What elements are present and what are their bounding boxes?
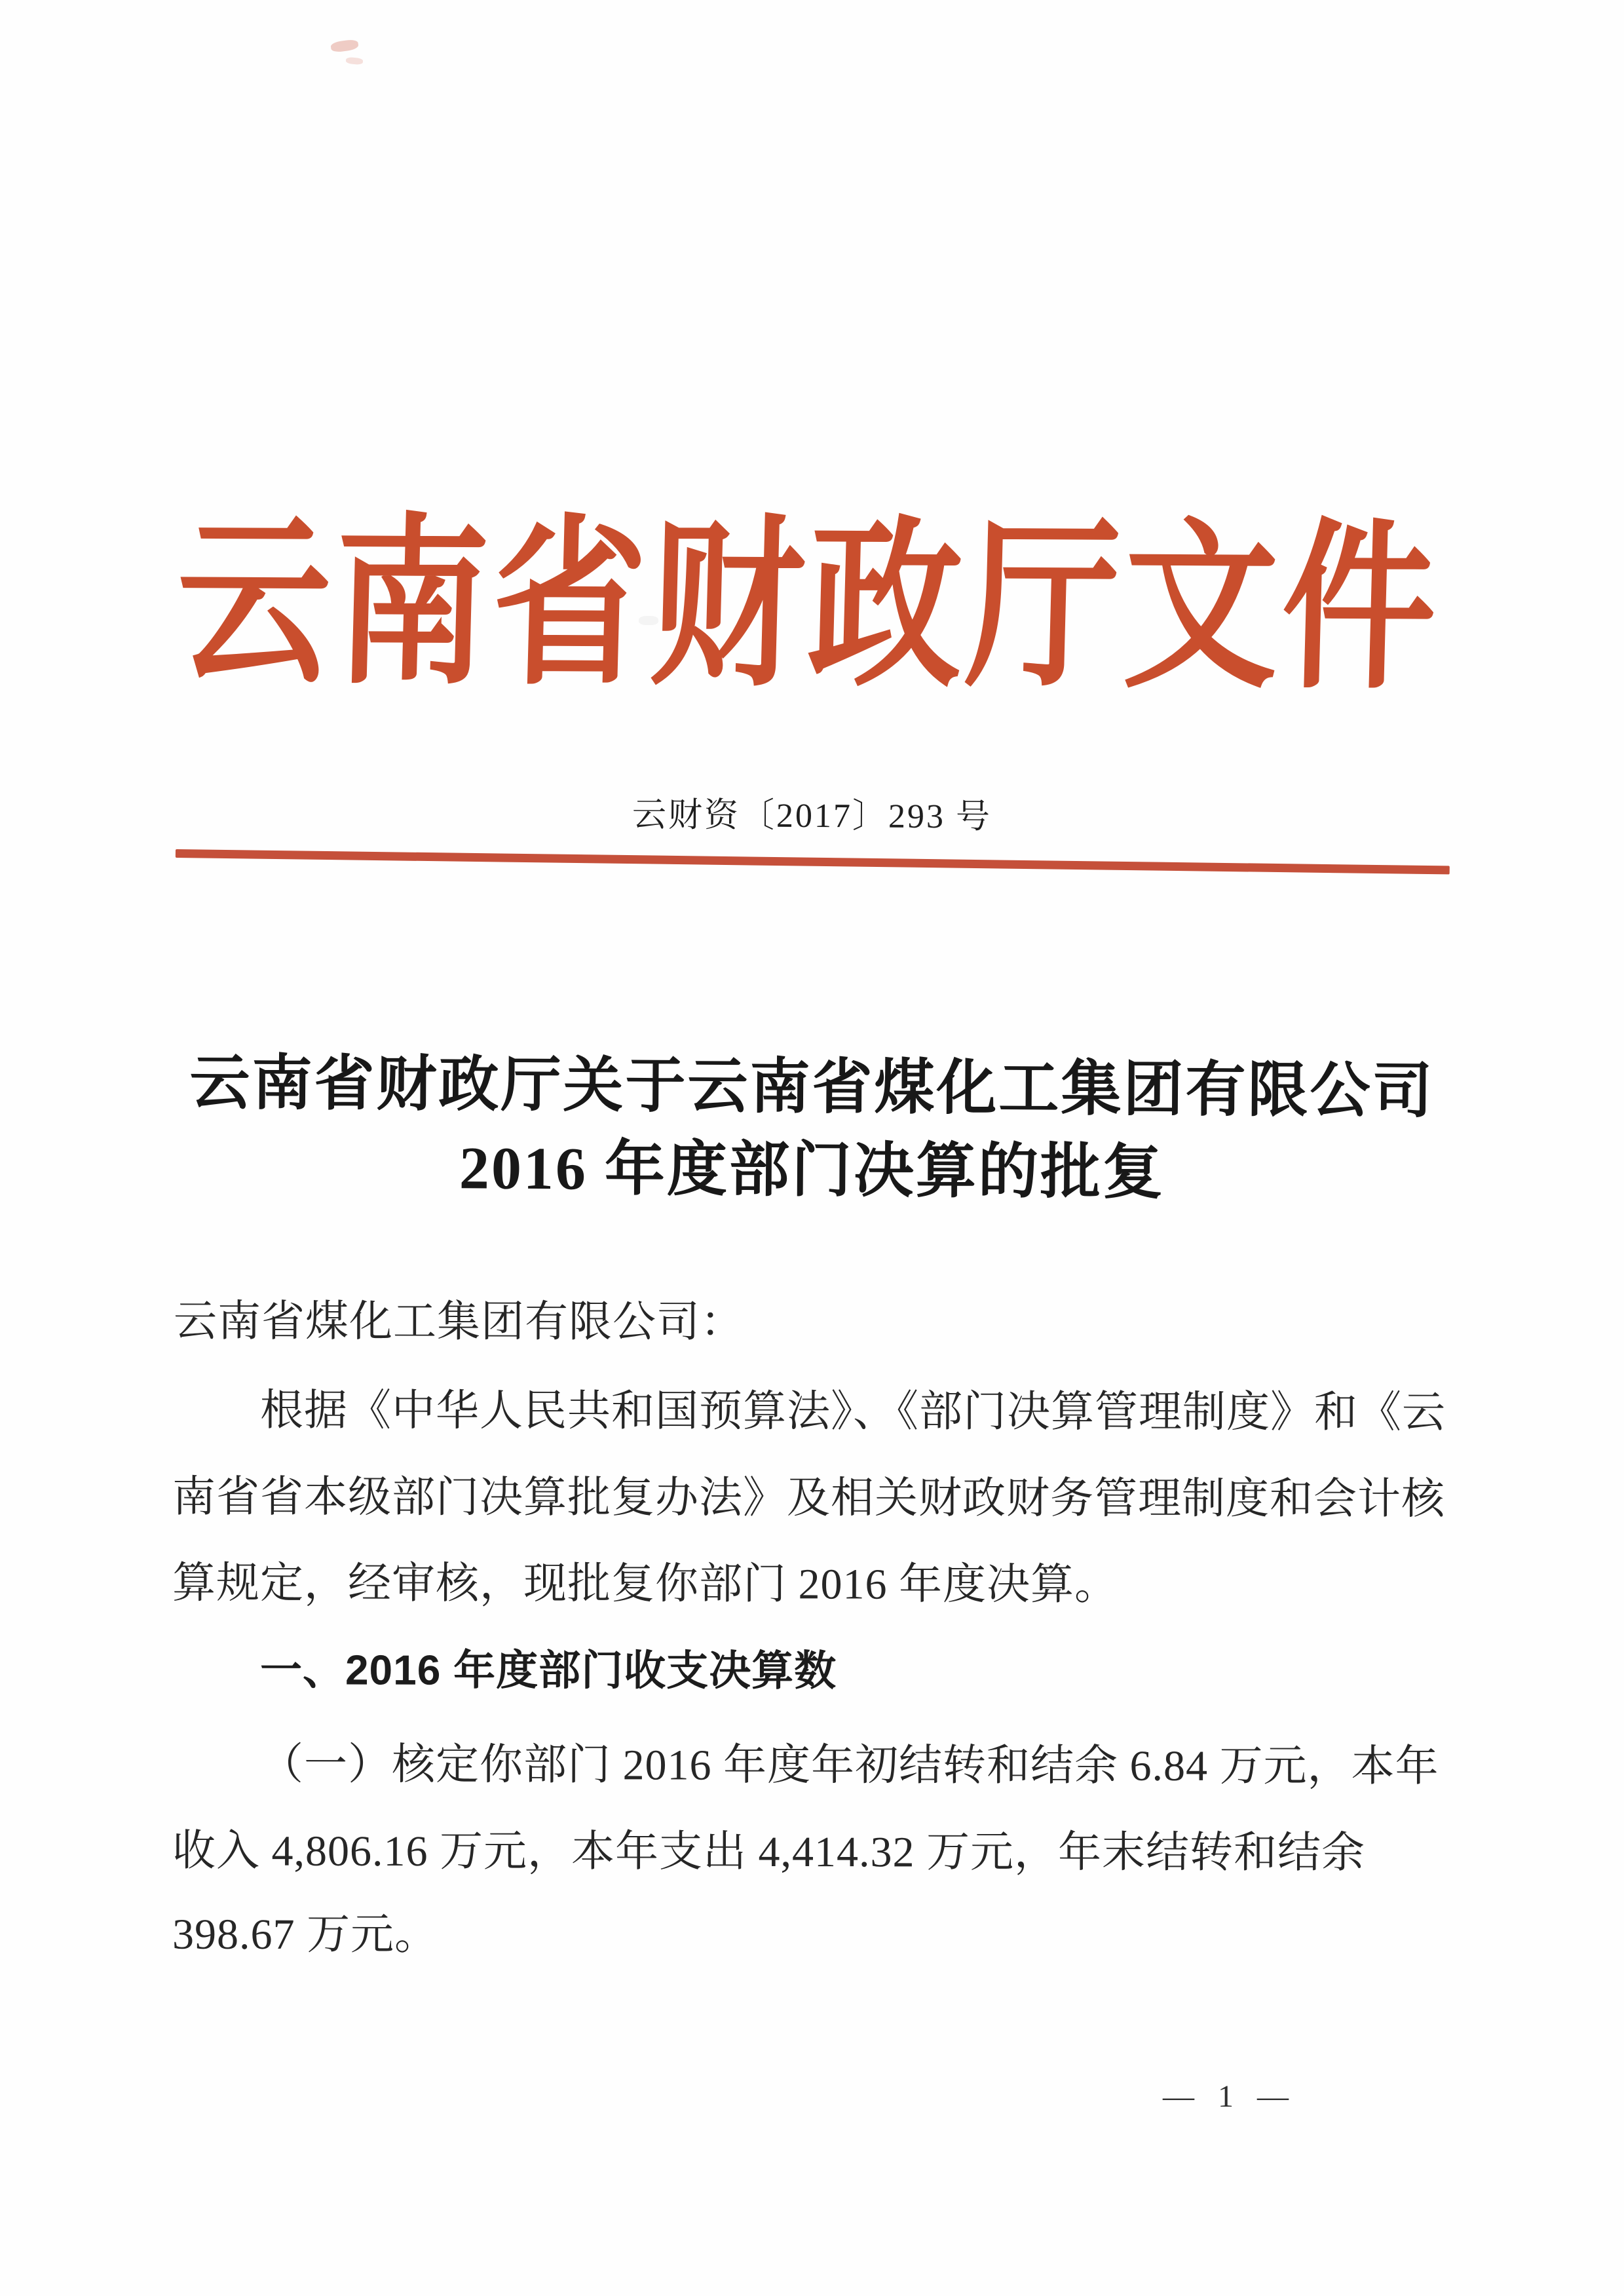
red-separator-line bbox=[176, 849, 1450, 874]
paragraph1-line2: 南省省本级部门决算批复办法》及相关财政财务管理制度和会计核 bbox=[172, 1461, 1445, 1525]
page-number: — 1 — bbox=[1163, 2078, 1296, 2114]
scan-artifact bbox=[346, 57, 364, 65]
document-title-line1: 云南省财政厅关于云南省煤化工集团有限公司 bbox=[0, 1033, 1624, 1130]
paragraph2-line1: （一）核定你部门 2016 年度年初结转和结余 6.84 万元，本年 bbox=[260, 1729, 1439, 1793]
paragraph1-line3: 算规定，经审核，现批复你部门 2016 年度决算。 bbox=[172, 1548, 1118, 1612]
document-title-line2: 2016 年度部门决算的批复 bbox=[0, 1116, 1624, 1214]
section1-heading: 一、2016 年度部门收支决算数 bbox=[260, 1636, 837, 1698]
paragraph2-line2: 收入 4,806.16 万元，本年支出 4,414.32 万元，年末结转和结余 bbox=[172, 1815, 1365, 1879]
scan-artifact bbox=[330, 39, 359, 53]
document-number: 云财资〔2017〕293 号 bbox=[0, 784, 1624, 841]
scanned-document-page: 云南省财政厅文件 云财资〔2017〕293 号 云南省财政厅关于云南省煤化工集团… bbox=[0, 0, 1624, 2296]
paragraph1-line1: 根据《中华人民共和国预算法》、《部门决算管理制度》和《云 bbox=[260, 1375, 1446, 1439]
letterhead-org-title: 云南省财政厅文件 bbox=[0, 456, 1624, 725]
paragraph2-line3: 398.67 万元。 bbox=[172, 1899, 438, 1962]
addressee-line: 云南省煤化工集团有限公司： bbox=[174, 1286, 744, 1349]
